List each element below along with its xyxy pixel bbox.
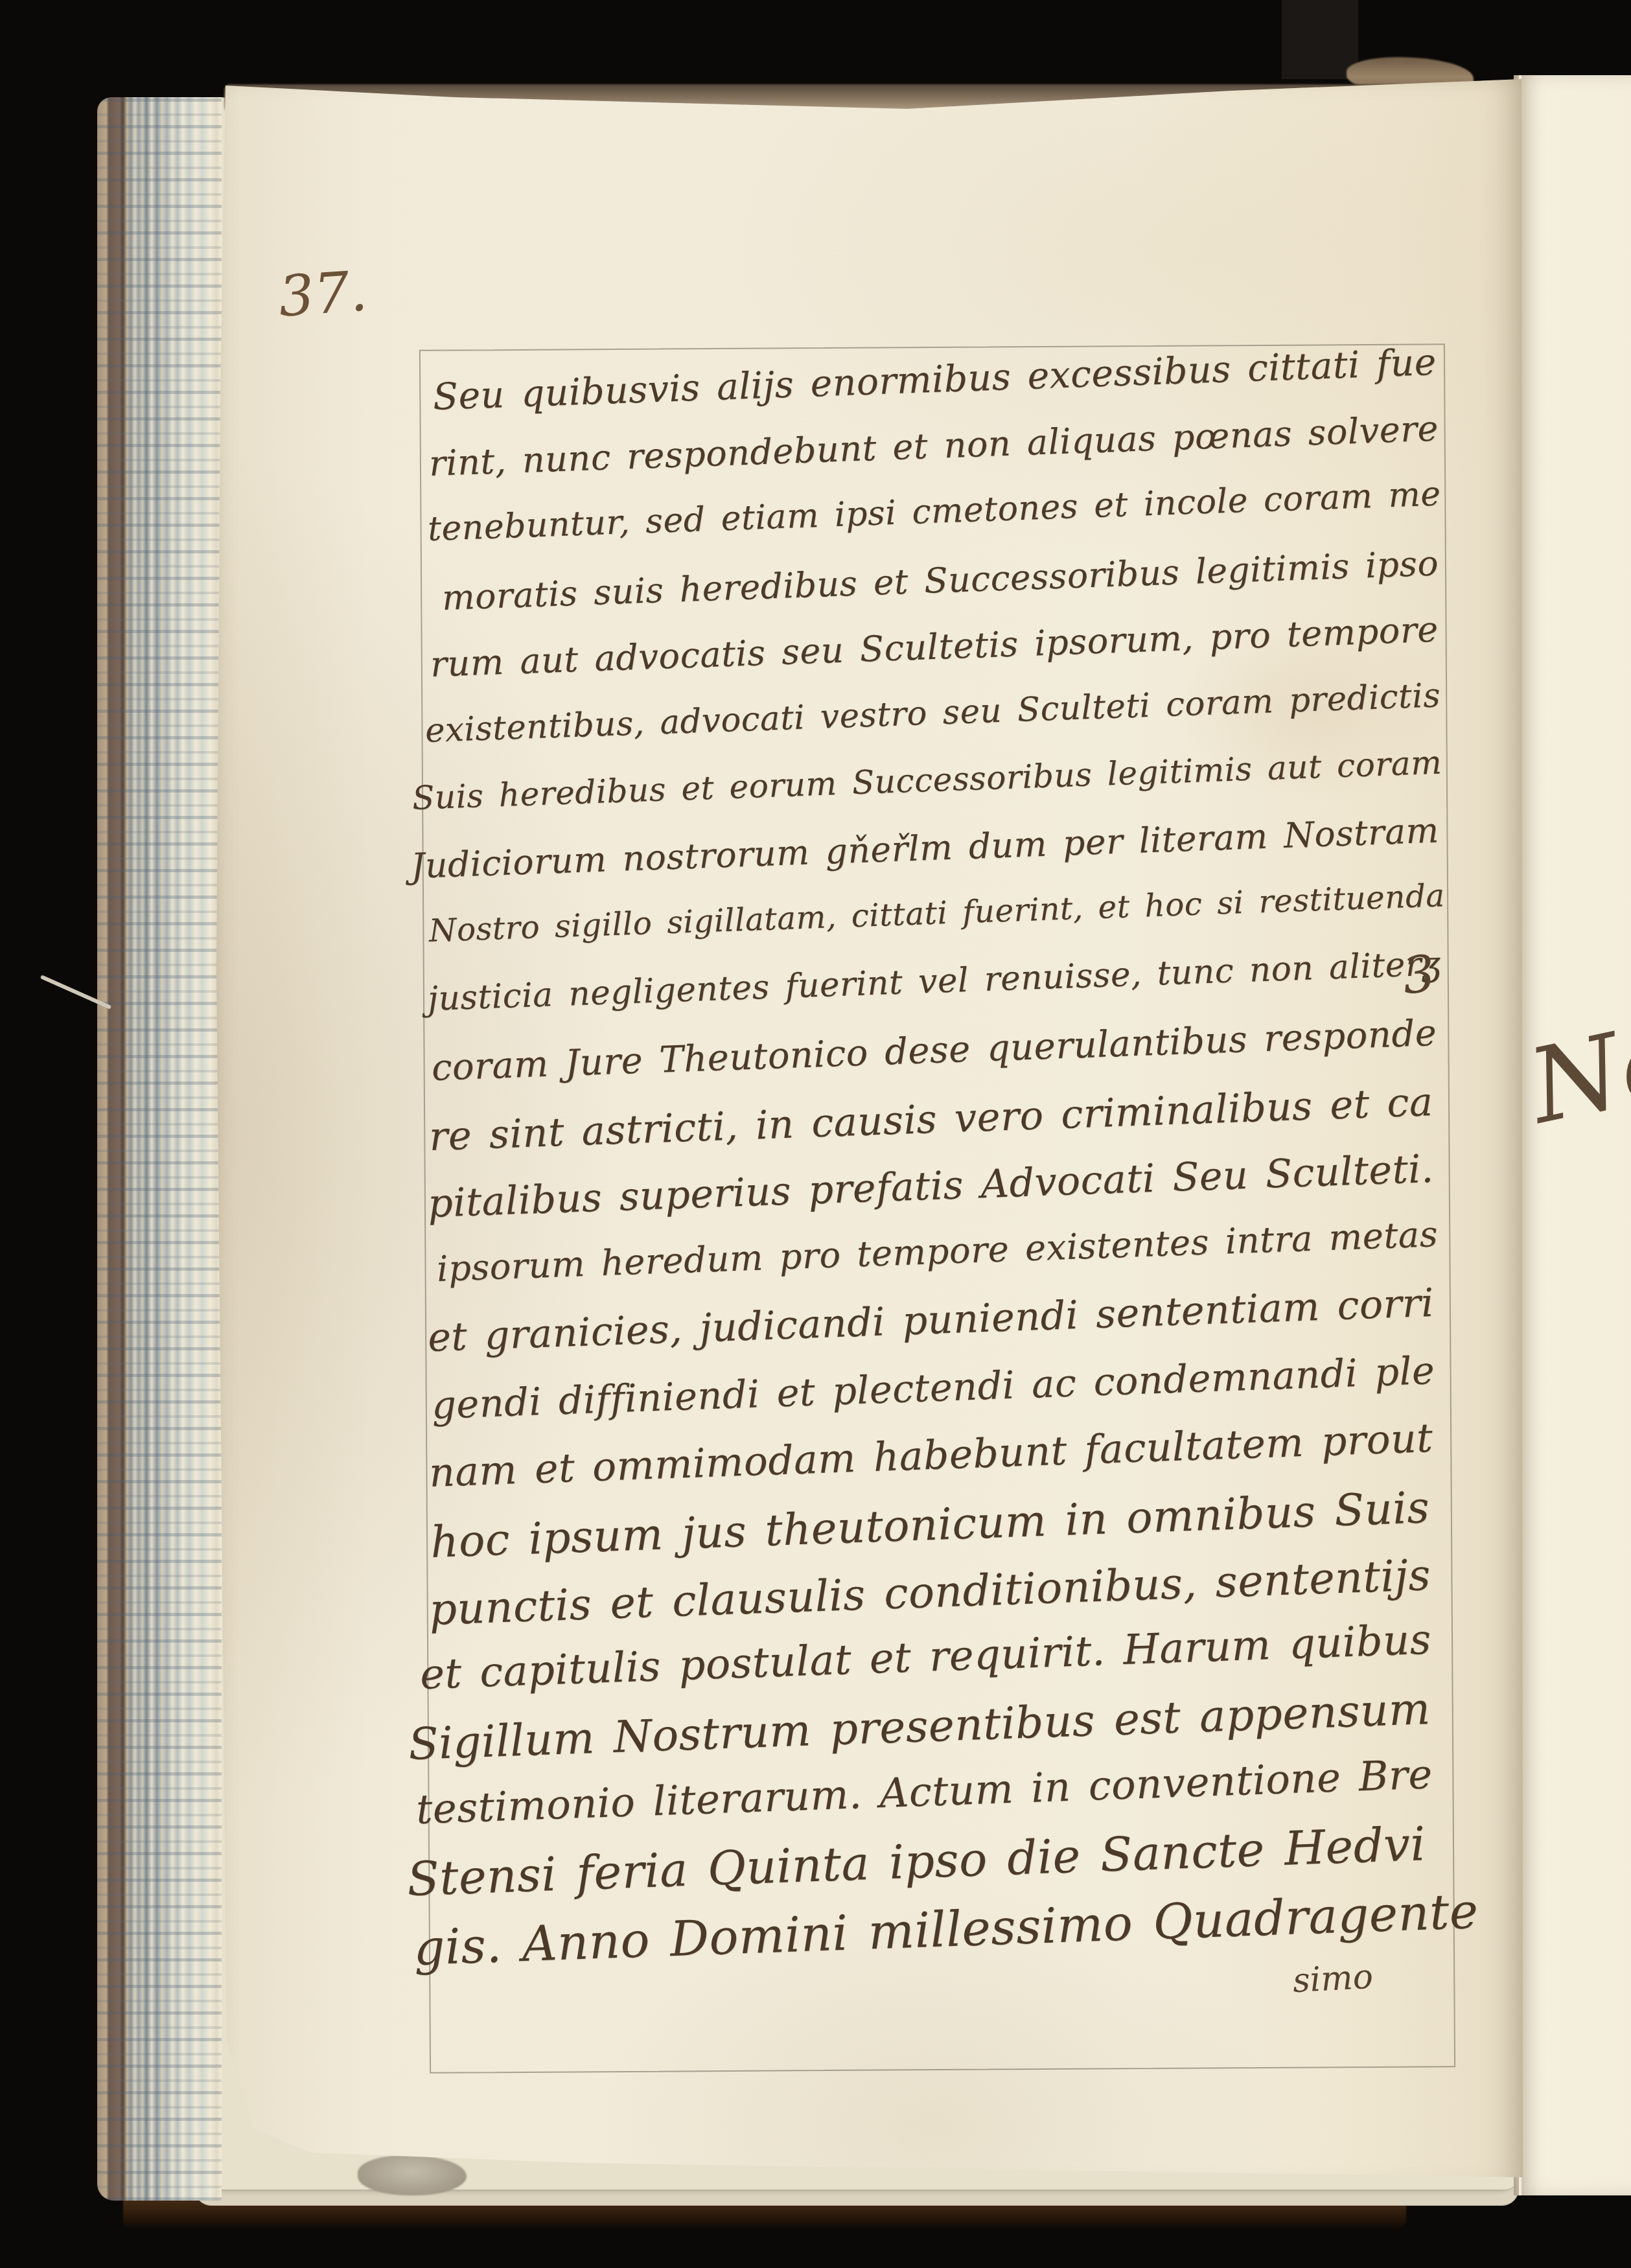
page-edges-stack [97,97,222,2201]
book-photo: No 37. Seu quibusvis alijs enormibus exc… [0,0,1631,2268]
manuscript-line-1: Seu quibusvis alijs enormibus excessibus… [432,341,1437,419]
manuscript-line-14: ipsorum heredum pro tempore existentes i… [436,1214,1439,1290]
manuscript-line-3: tenebuntur, sed etiam ipsi cmetones et i… [427,475,1442,550]
manuscript-line-17: nam et ommimodam habebunt facultatem pro… [428,1415,1434,1496]
manuscript-line-12: re sint astricti, in causis vero crimina… [428,1079,1434,1159]
backdrop-seam [1282,0,1358,79]
manuscript-line-16: gendi diffiniendi et plectendi ac condem… [431,1348,1435,1428]
manuscript-line-2: rint, nunc respondebunt et non aliquas p… [428,408,1439,483]
manuscript-line-11: coram Jure Theutonico dese querulantibus… [431,1012,1437,1089]
manuscript-page: 37. Seu quibusvis alijs enormibus excess… [214,76,1523,2190]
manuscript-text: Seu quibusvis alijs enormibus excessibus… [214,76,1523,2190]
manuscript-line-8: Judiciorum nostrorum gňeřlm dum per lite… [410,810,1440,886]
next-page-sliver: No [1514,75,1631,2195]
manuscript-line-4: moratis suis heredibus et Successoribus … [441,542,1439,618]
binding-tail-tassel [358,2155,467,2195]
manuscript-line-9: Nostro sigillo sigillatam, cittati fueri… [428,877,1446,949]
next-page-fragment: No [1520,999,1631,1148]
scan-background: { "page": { "number": "37.", "margin_num… [0,0,1631,2268]
margin-numeral: 3 [1400,945,1438,1006]
manuscript-line-13: pitalibus superius prefatis Advocati Seu… [427,1146,1435,1227]
manuscript-line-7: Suis heredibus et eorum Successoribus le… [411,743,1442,816]
catchword-simo: simo [1292,1958,1374,2000]
manuscript-line-5: rum aut advocatis seu Scultetis ipsorum,… [430,609,1439,685]
manuscript-line-10: justicia negligentes fuerint vel renuiss… [427,945,1442,1019]
manuscript-line-15: et granicies, judicandi puniendi sentent… [427,1280,1435,1361]
manuscript-line-6: existentibus, advocati vestro seu Sculte… [424,676,1441,750]
